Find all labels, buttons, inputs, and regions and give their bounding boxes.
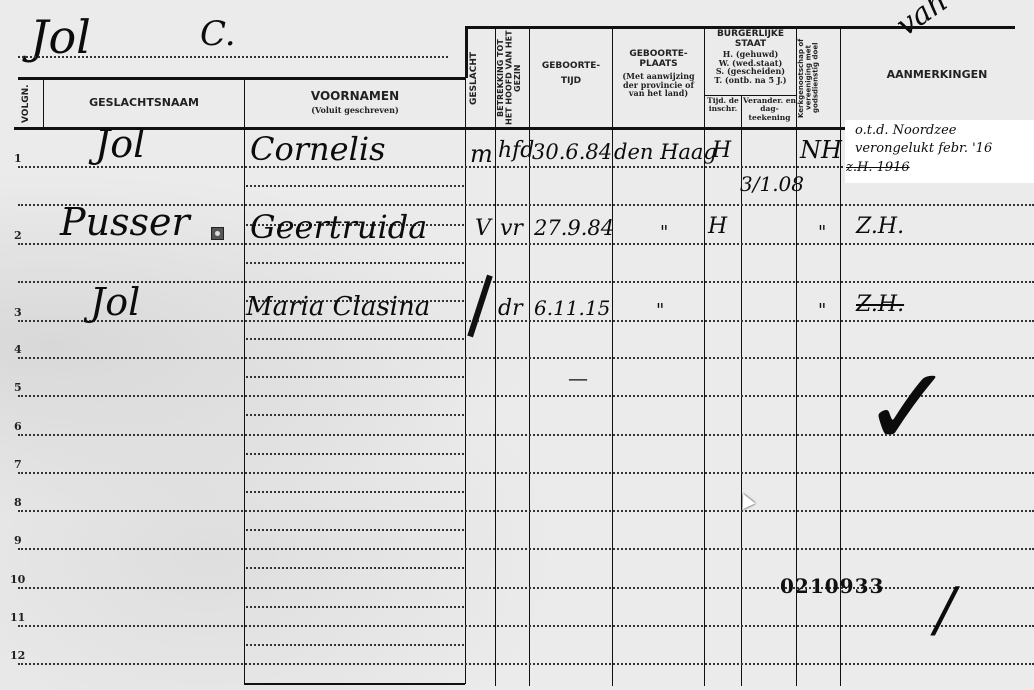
header-bs-t: T. (ontb. na 5 J.) [705,76,796,85]
header-geslacht: GESLACHT [470,34,492,124]
remarks-2: Z.H. [856,214,904,239]
vn-half-line [246,453,464,455]
header-kerkgenootschap: Kerkgenootschap of vereeniging met godsd… [798,30,838,126]
header-tijd-inschr: Tijd. de inschr. [706,97,740,114]
vn-half-line [246,606,464,608]
given-names-3: Maria Clasina [246,292,430,322]
header-burgerlijke-staat: BURGERLIJKE STAAT H. (gehuwd) W. (wed.st… [705,30,796,85]
header-aanmerkingen: AANMERKINGEN [842,69,1032,81]
row-line-9 [18,548,1034,550]
birth-place-2: " [660,222,668,243]
civil-change-1: 3/1.08 [740,172,804,196]
header-top-border-left [18,77,466,80]
row-line-12 [18,663,1034,665]
header-volgn: VOLGN. [22,84,38,124]
header-geboortetijd-1: GEBOORTE- [530,62,612,72]
row-line-3 [18,320,1034,322]
surname-1: Jol [95,122,145,166]
header-step-line [465,26,468,78]
remarks-struck-1: z.H. 1916 [846,160,910,175]
given-names-1: Cornelis [250,130,385,168]
birth-date-3: 6.11.15 [534,296,610,320]
dash-mark: — [568,366,588,390]
row-number-11: 11 [10,611,25,624]
surname-2: Pusser [60,200,190,244]
row-number-9: 9 [14,534,22,547]
row-line-7 [18,472,1034,474]
row-number-12: 12 [10,649,25,662]
vn-half-line [246,529,464,531]
religion-3: " [818,300,826,321]
row-number-4: 4 [14,343,22,356]
row-number-10: 10 [10,573,25,586]
header-geboortetijd: GEBOORTE- TIJD [530,62,612,87]
birth-place-1: den Haag [614,140,717,164]
voornamen-bottom [244,683,465,685]
checkmark-icon: ✓ [862,352,954,462]
header-geboorteplaats-2: PLAATS [613,60,704,70]
row-number-8: 8 [14,496,22,509]
vn-half-line [246,644,464,646]
religion-1: NH [800,136,842,164]
serial-number: 0210933 [780,574,884,598]
col-line-geslachtsnaam [244,78,245,684]
civil-status-2: H [708,214,727,239]
civil-status-1: H [712,138,731,163]
row-number-1: 1 [14,152,22,165]
header-geboortetijd-2: TIJD [530,77,612,87]
remarks-1: o.t.d. Noordzee verongelukt febr. '16 [855,122,1030,158]
relation-1: hfd [498,138,534,163]
remarks-3: Z.H. [856,292,904,317]
vn-half-line [246,262,464,264]
row-line-2b [18,281,1034,283]
birth-place-3: " [656,300,664,321]
vn-half-line [246,491,464,493]
header-geboorteplaats: GEBOORTE- PLAATS (Met aanwijzing der pro… [613,50,704,98]
sex-2: V [475,216,491,241]
vn-half-line [246,414,464,416]
vn-half-line [246,338,464,340]
row-number-3: 3 [14,306,22,319]
initial-annotation: C. [200,14,236,54]
stamp-icon [211,227,224,240]
header-geboorteplaats-sub: (Met aanwijzing der provincie of van het… [613,70,704,98]
birth-date-1: 30.6.84 [532,140,612,164]
surname-3: Jol [90,280,140,324]
row-number-2: 2 [14,229,22,242]
header-betrekking: BETREKKING TOT HET HOOFD VAN HET GEZIN [497,30,528,126]
row-number-7: 7 [14,458,22,471]
vn-half-line [246,185,464,187]
relation-3: dr [498,296,523,321]
sex-1: m [470,140,493,168]
title-underline [18,56,448,58]
header-verandering: Verander. en dag-teekening [743,97,796,122]
header-voornamen-sub: (Voluit geschreven) [245,106,465,115]
slash-mark: / [935,575,955,645]
header-voornamen: VOORNAMEN [245,90,465,103]
vn-half-line [246,567,464,569]
vn-half-line [246,376,464,378]
col-line-voornamen [465,78,466,684]
header-geslachtsnaam: GESLACHTSNAAM [44,97,244,109]
religion-2: " [818,222,826,243]
relation-2: vr [500,216,523,241]
birth-date-2: 27.9.84 [534,216,614,240]
row-line-11 [18,625,1034,627]
row-number-6: 6 [14,420,22,433]
row-line-8 [18,510,1034,512]
given-names-2: Geertruida [250,208,427,246]
row-number-5: 5 [14,381,22,394]
